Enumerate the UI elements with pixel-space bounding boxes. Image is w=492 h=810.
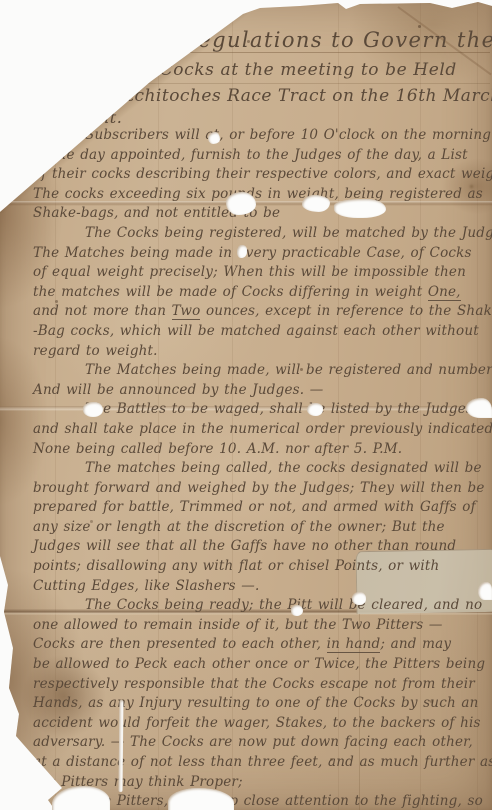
- paper-hole: [302, 195, 330, 212]
- manuscript-line: -Bag cocks, which will be matched agains…: [33, 322, 489, 342]
- paper-hole: [291, 605, 303, 616]
- manuscript-line: brought forward and weighed by the Judge…: [33, 479, 489, 499]
- manuscript-line: of equal weight precisely; When this wil…: [33, 263, 489, 283]
- paper-tear: [478, 582, 492, 600]
- manuscript-line: at a distance of not less than three fee…: [33, 753, 489, 773]
- paper-hole: [237, 245, 247, 258]
- manuscript-line: Cutting Edges, like Slashers —.: [33, 577, 489, 597]
- document-body: Subscribers will at, or before 10 O'cloc…: [33, 126, 489, 810]
- manuscript-line: adversary. — The Cocks are now put down …: [33, 733, 489, 753]
- manuscript-line: The Matches being made, will be register…: [33, 361, 489, 381]
- manuscript-line: The Cocks being registered, will be matc…: [33, 224, 489, 244]
- ledger-rule-horizontal: [38, 83, 490, 84]
- paper-tear: [466, 398, 492, 418]
- paper-hole: [307, 403, 323, 416]
- manuscript-line: prepared for battle, Trimmed or not, and…: [33, 498, 489, 518]
- underlined-word: One,: [428, 284, 461, 301]
- manuscript-line: and shall take place in the numerical or…: [33, 420, 489, 440]
- manuscript-line: Hands, as any Injury resulting to one of…: [33, 694, 489, 714]
- manuscript-line: Cocks are then presented to each other, …: [33, 635, 489, 655]
- manuscript-line: the matches will be made of Cocks differ…: [33, 283, 489, 303]
- manuscript-line: Subscribers will at, or before 10 O'cloc…: [33, 126, 489, 146]
- paper-hole: [83, 402, 103, 417]
- manuscript-line: Shake-bags, and not entitled to be: [33, 204, 489, 224]
- manuscript-line: The cocks exceeding six pounds in weight…: [33, 185, 489, 205]
- document-title-line-4: Instant.: [55, 108, 122, 127]
- manuscript-line: of the day appointed, furnish to the Jud…: [33, 146, 489, 166]
- manuscript-line: respectively responsible that the Cocks …: [33, 675, 489, 695]
- document-title-line-1: Rules and Regulations to Govern the: [55, 28, 492, 52]
- manuscript-line: and not more than Two ounces, except in …: [33, 302, 489, 322]
- manuscript-line: be allowed to Peck each other once or Tw…: [33, 655, 489, 675]
- paper-tear: [352, 592, 366, 605]
- manuscript-line: any size or length at the discretion of …: [33, 518, 489, 538]
- manuscript-line: The matches being called, the cocks desi…: [33, 459, 489, 479]
- manuscript-line: The Matches being made in every practica…: [33, 244, 489, 264]
- paper-hole: [334, 199, 386, 218]
- manuscript-line: accident would forfeit the wager, Stakes…: [33, 714, 489, 734]
- manuscript-line: points; disallowing any with flat or chi…: [33, 557, 489, 577]
- underlined-word: Two: [172, 303, 201, 320]
- title-underline-rule: [48, 52, 490, 53]
- manuscript-line: Judges will see that all the Gaffs have …: [33, 537, 489, 557]
- manuscript-line: The Cocks being ready; the Pitt will be …: [33, 596, 489, 616]
- manuscript-line: regard to weight.: [33, 342, 489, 362]
- ink-specks: [0, 0, 3, 3]
- page-number: 1.: [210, 3, 224, 21]
- paper-hole: [208, 132, 220, 144]
- scan-background: 1. Rules and Regulations to Govern the F…: [0, 0, 492, 810]
- manuscript-page: 1. Rules and Regulations to Govern the F…: [0, 0, 492, 810]
- document-title-line-3: at the Natchitoches Race Tract on the 16…: [42, 86, 492, 106]
- manuscript-line: one allowed to remain inside of it, but …: [33, 616, 489, 636]
- manuscript-line: None being called before 10. A.M. nor af…: [33, 440, 489, 460]
- manuscript-line: of their cocks describing their respecti…: [33, 165, 489, 185]
- underlined-word: in hand: [327, 636, 381, 653]
- document-title-line-2: Fighting of Cocks at the meeting to be H…: [52, 60, 457, 80]
- manuscript-line: And will be announced by the Judges. —: [33, 381, 489, 401]
